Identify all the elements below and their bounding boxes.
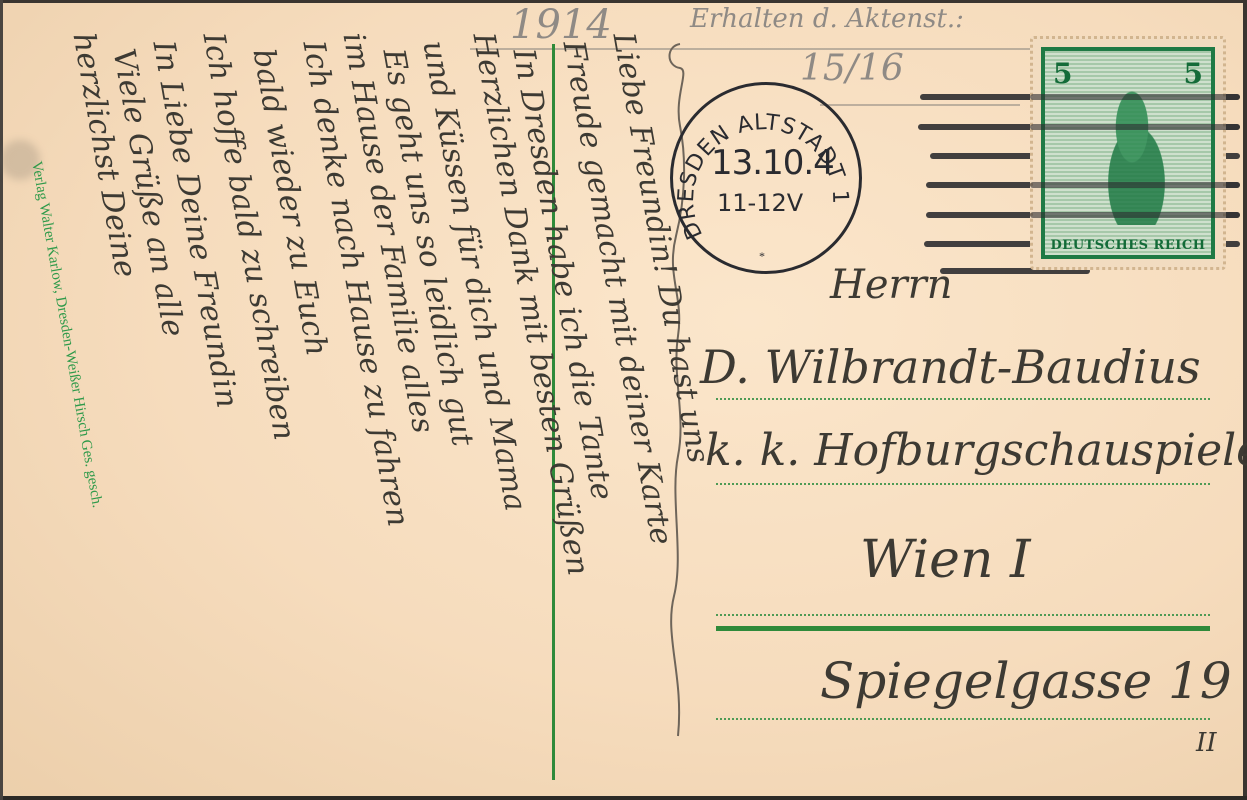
postage-stamp: 5 5 DEUTSCHES REICH bbox=[1030, 36, 1226, 270]
address-dotted-line-2 bbox=[716, 483, 1210, 485]
address-dotted-line-4 bbox=[716, 718, 1210, 720]
postmark-time: 11-12V bbox=[717, 189, 803, 217]
publisher-imprint: Verlag Walter Karlow, Dresden-Weißer Hir… bbox=[27, 160, 105, 509]
pencil-year: 1914 bbox=[510, 2, 612, 48]
cancel-over-stamp-1 bbox=[1030, 94, 1240, 100]
pencil-receipt-note: Erhalten d. Aktenst.: bbox=[690, 4, 964, 34]
card-edge-right bbox=[1243, 0, 1247, 800]
postmark-star-icon: * bbox=[759, 249, 765, 264]
stamp-frame: 5 5 DEUTSCHES REICH bbox=[1041, 47, 1215, 259]
address-street: Spiegelgasse 19 bbox=[820, 652, 1232, 710]
cancel-over-stamp-3 bbox=[1030, 182, 1240, 188]
germania-portrait-icon bbox=[1087, 85, 1177, 225]
cancel-over-stamp-2 bbox=[1030, 124, 1240, 130]
postmark: DRESDEN ALTSTADT 1 13.10.4 11-12V * bbox=[670, 82, 862, 274]
card-edge-left bbox=[0, 0, 3, 800]
address-floor: II bbox=[1196, 728, 1217, 758]
address-dotted-line-3 bbox=[716, 614, 1210, 616]
address-recipient: D. Wilbrandt-Baudius bbox=[700, 340, 1201, 394]
card-edge-top bbox=[0, 0, 1247, 3]
stamp-value-right: 5 bbox=[1184, 57, 1203, 90]
cancel-over-stamp-4 bbox=[1030, 212, 1240, 218]
postcard: 1914 Erhalten d. Aktenst.: 15/16 5 5 DEU… bbox=[0, 0, 1247, 800]
card-edge-bottom bbox=[0, 796, 1247, 800]
pencil-fraction: 15/16 bbox=[800, 48, 904, 89]
address-salutation: Herrn bbox=[830, 262, 953, 308]
address-title: k. k. Hofburgschauspieler bbox=[705, 425, 1247, 476]
address-dotted-line-1 bbox=[716, 398, 1210, 400]
address-city: Wien I bbox=[860, 530, 1031, 590]
postmark-date: 13.10.4 bbox=[711, 143, 834, 183]
stamp-value-left: 5 bbox=[1053, 57, 1072, 90]
stamp-country: DEUTSCHES REICH bbox=[1045, 238, 1211, 253]
address-solid-rule bbox=[716, 626, 1210, 631]
